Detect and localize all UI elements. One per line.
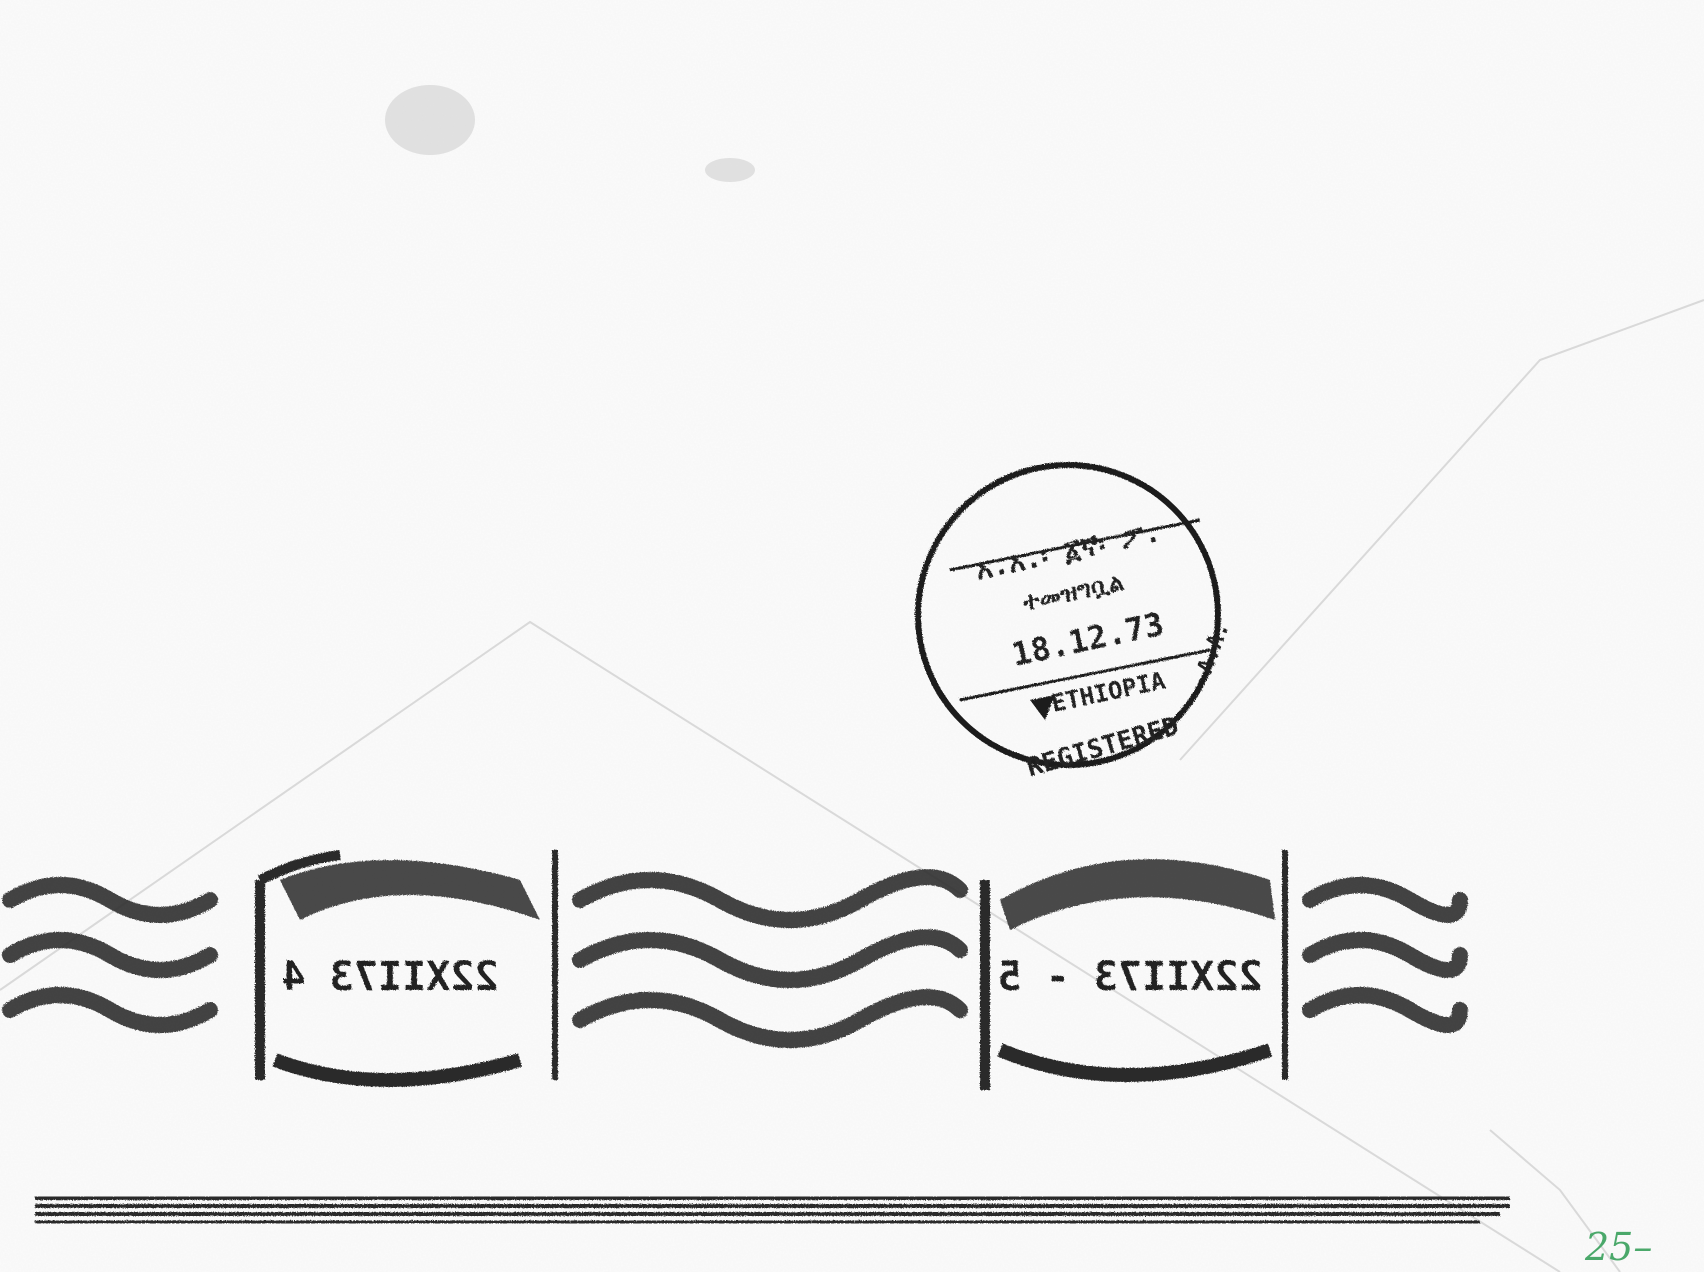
machine-cancel-left-date: 22XII73 4 bbox=[282, 954, 499, 1000]
pencil-note: 25– bbox=[1584, 1225, 1652, 1269]
machine-cancel-right-date: 22XII73 - 5 bbox=[998, 954, 1263, 1000]
paper-grain bbox=[0, 0, 1704, 1272]
envelope-back: 22XII73 4 22XII73 - 5 አ.አ.፡ ፩ኛ፡ ፖ. ተመዝግቧ… bbox=[0, 0, 1704, 1272]
